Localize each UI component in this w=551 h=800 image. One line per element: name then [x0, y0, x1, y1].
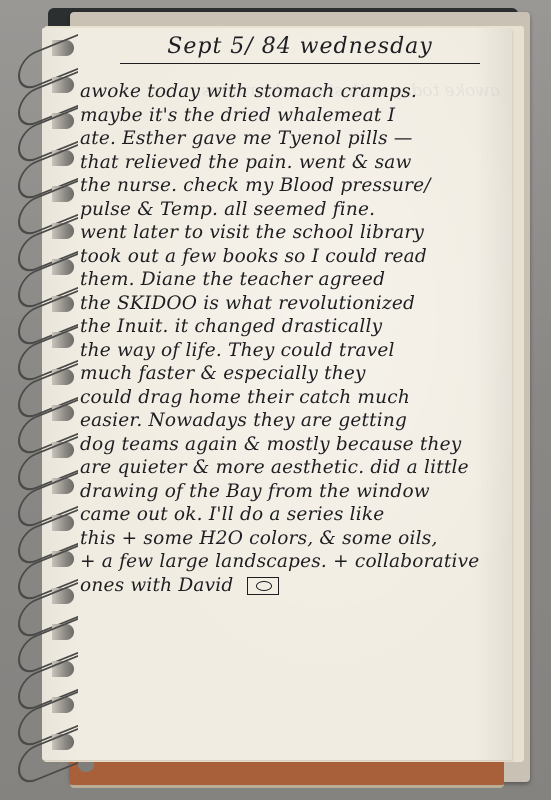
entry-line: awoke today with stomach cramps. — [80, 80, 520, 104]
entry-line: the nurse. check my Blood pressure/ — [80, 174, 520, 198]
entry-line: the SKIDOO is what revolutionized — [80, 292, 520, 316]
entry-line: took out a few books so I could read — [80, 245, 520, 269]
entry-line-last: ones with David — [80, 574, 520, 598]
journal-entry: Sept 5/ 84 wednesday awoke today with st… — [80, 34, 520, 597]
entry-line: dog teams again & mostly because they — [80, 433, 520, 457]
entry-line: came out ok. I'll do a series like — [80, 503, 520, 527]
entry-line: are quieter & more aesthetic. did a litt… — [80, 456, 520, 480]
entry-line: easier. Nowadays they are getting — [80, 409, 520, 433]
entry-line: ate. Esther gave me Tyenol pills — — [80, 127, 520, 151]
entry-line: the way of life. They could travel — [80, 339, 520, 363]
entry-line-text: ones with David — [80, 575, 233, 596]
entry-line: the Inuit. it changed drastically — [80, 315, 520, 339]
boxed-sketch-icon — [247, 577, 279, 595]
entry-line: them. Diane the teacher agreed — [80, 268, 520, 292]
entry-line: pulse & Temp. all seemed fine. — [80, 198, 520, 222]
entry-line: could drag home their catch much — [80, 386, 520, 410]
entry-line: this + some H2O colors, & some oils, — [80, 527, 520, 551]
entry-line: much faster & especially they — [80, 362, 520, 386]
entry-line: that relieved the pain. went & saw — [80, 151, 520, 175]
entry-date-heading: Sept 5/ 84 wednesday — [120, 34, 480, 64]
entry-line: went later to visit the school library — [80, 221, 520, 245]
entry-line: drawing of the Bay from the window — [80, 480, 520, 504]
entry-line: + a few large landscapes. + collaborativ… — [80, 550, 520, 574]
entry-line: maybe it's the dried whalemeat I — [80, 104, 520, 128]
